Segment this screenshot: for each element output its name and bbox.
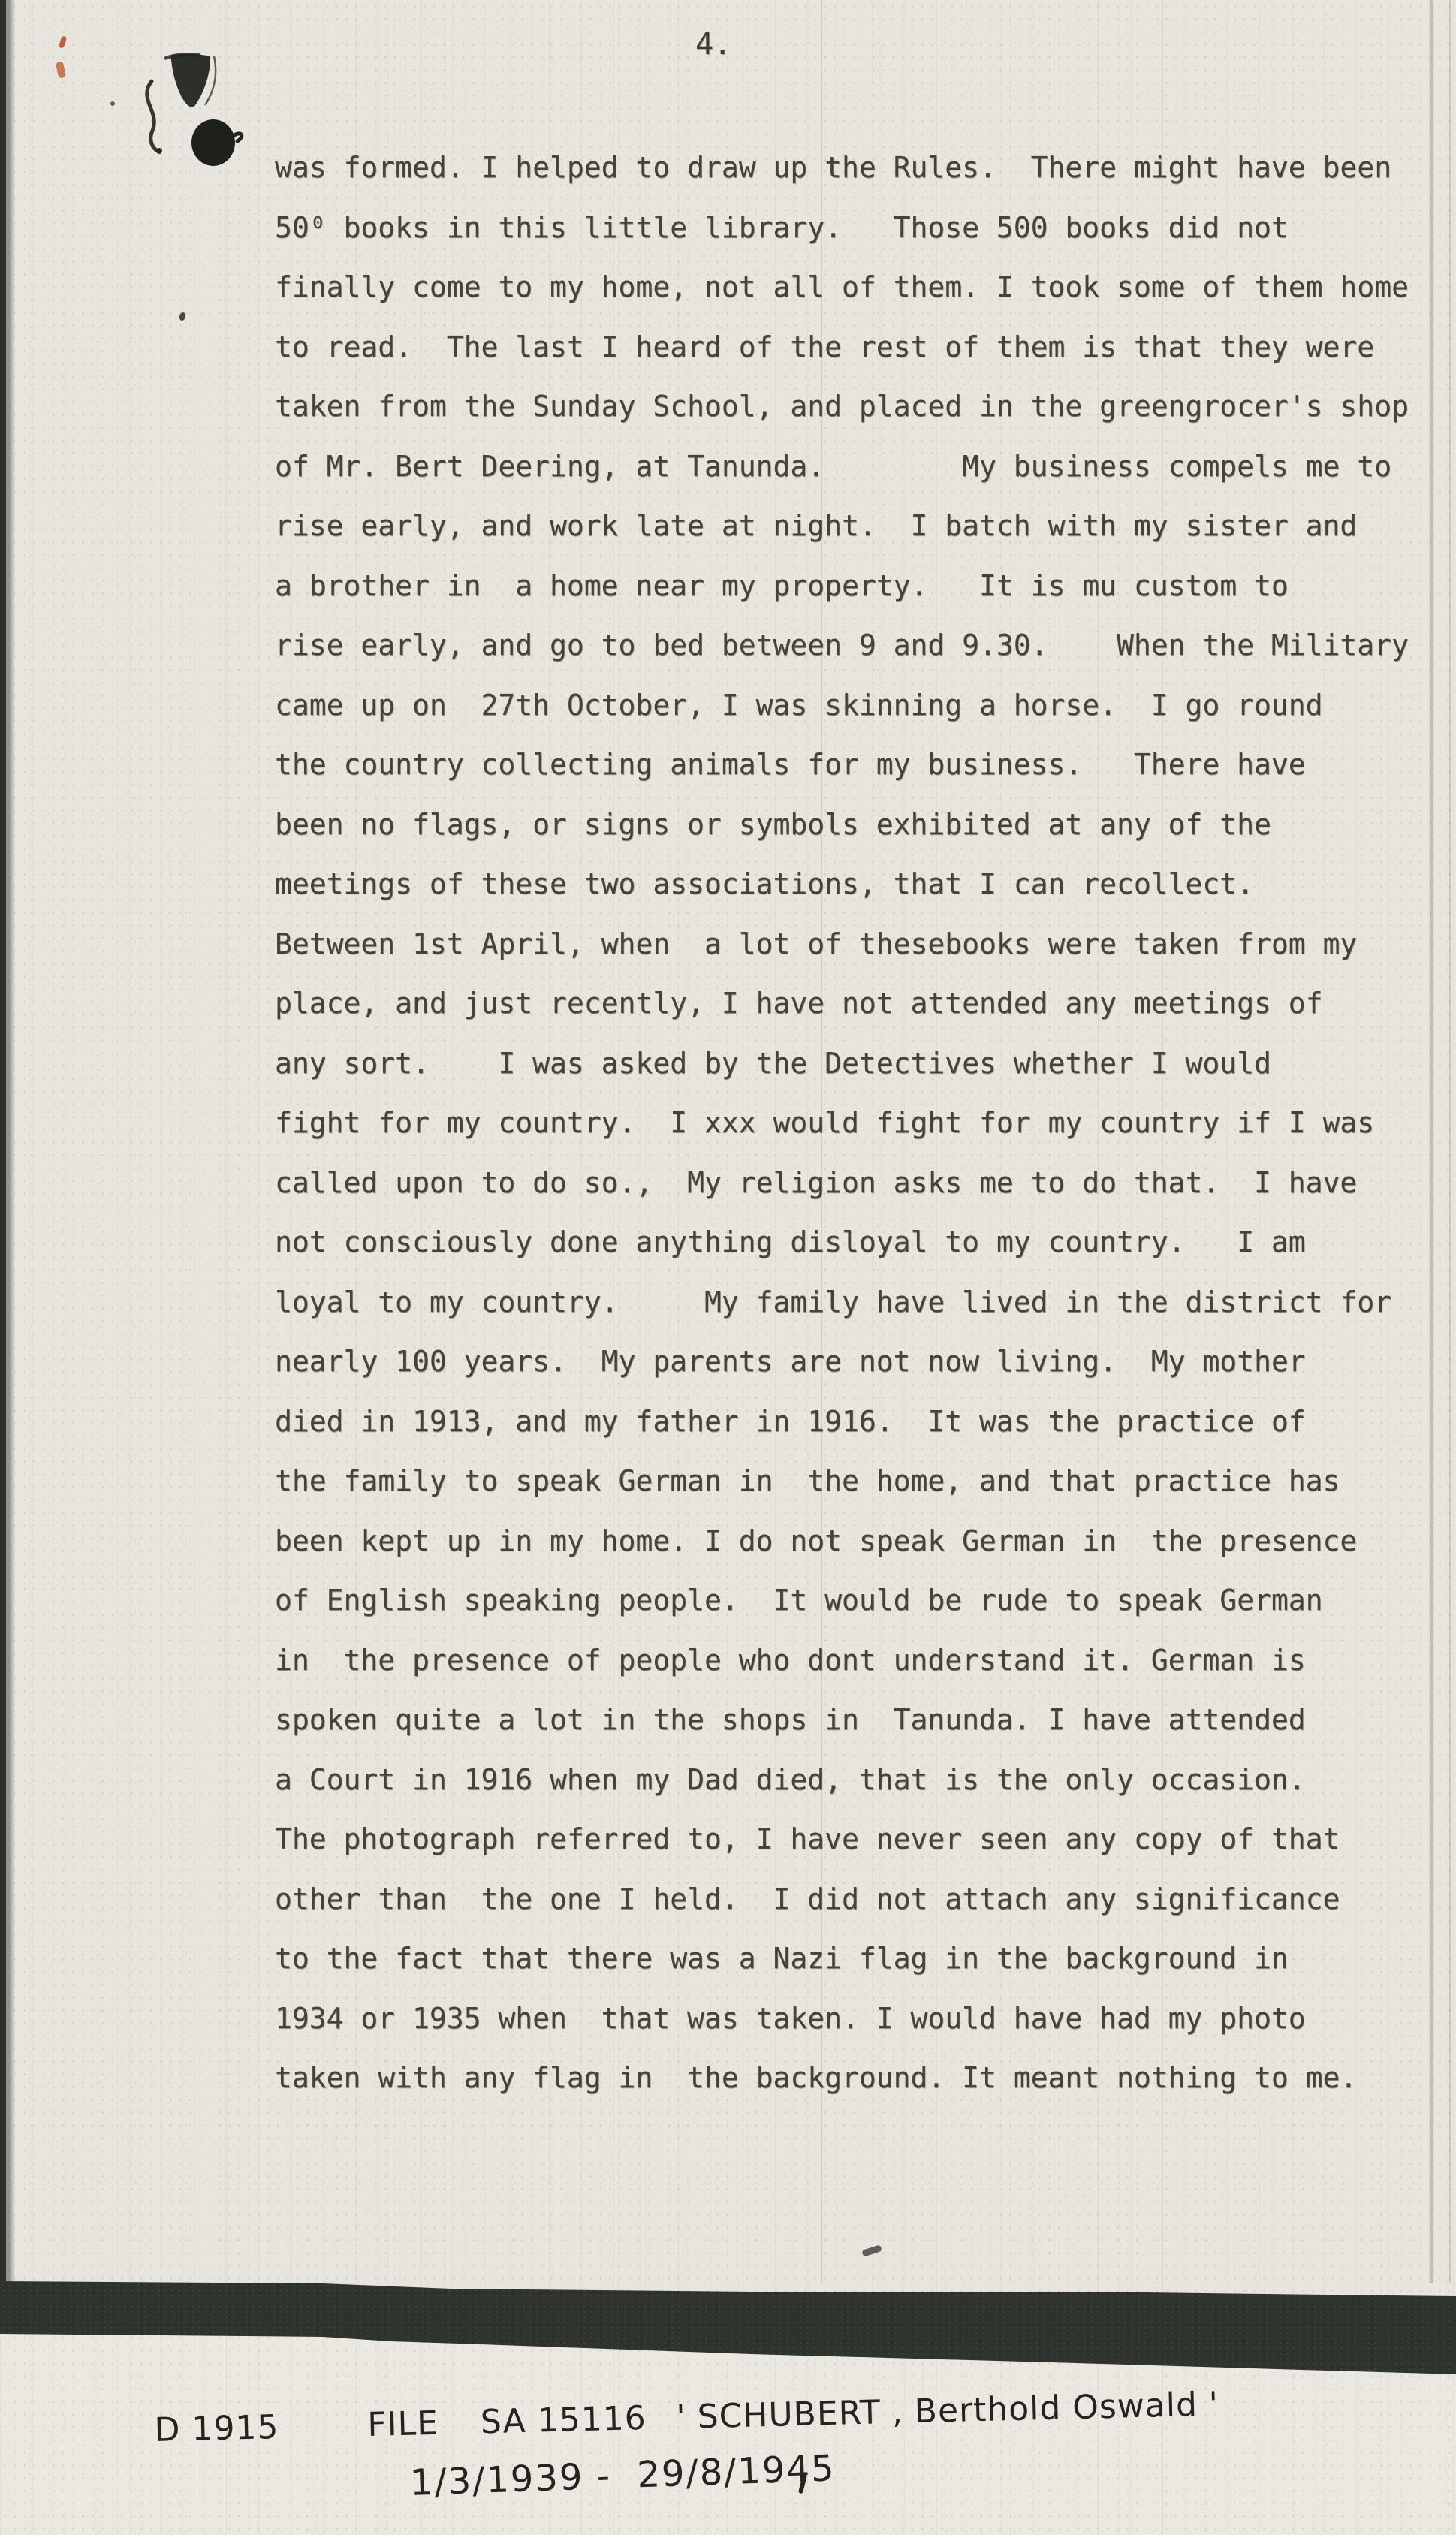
- typed-line: the family to speak German in the home, …: [275, 1451, 1446, 1512]
- typed-line: been no flags, or signs or symbols exhib…: [275, 795, 1446, 855]
- document-scan: 4. was formed. I helped to draw up the R…: [0, 0, 1456, 2535]
- typed-line: a Court in 1916 when my Dad died, that i…: [275, 1750, 1446, 1810]
- typed-line: to the fact that there was a Nazi flag i…: [275, 1929, 1446, 1989]
- ink-blot-icon: [105, 30, 270, 180]
- typed-line: a brother in a home near my property. It…: [275, 556, 1446, 616]
- typed-line: not consciously done anything disloyal t…: [275, 1213, 1446, 1273]
- typed-line: been kept up in my home. I do not speak …: [275, 1512, 1446, 1572]
- page-left-edge-shadow: [0, 0, 15, 2296]
- typed-line: 1934 or 1935 when that was taken. I woul…: [275, 1989, 1446, 2049]
- orange-ink-speck: [59, 35, 68, 48]
- typed-line: other than the one I held. I did not att…: [275, 1870, 1446, 1930]
- typed-line: Between 1st April, when a lot of thesebo…: [275, 915, 1446, 975]
- typed-line: The photograph referred to, I have never…: [275, 1810, 1446, 1870]
- typed-line: loyal to my country. My family have live…: [275, 1273, 1446, 1333]
- typed-line: rise early, and go to bed between 9 and …: [275, 616, 1446, 676]
- annotation-dates: 1/3/1939 - 29/8/1945: [409, 2447, 836, 2504]
- typed-text-block: was formed. I helped to draw up the Rule…: [275, 138, 1446, 2108]
- typed-line: rise early, and work late at night. I ba…: [275, 496, 1446, 556]
- file-ref: D 1915: [154, 2408, 279, 2449]
- typed-line: the country collecting animals for my bu…: [275, 735, 1446, 795]
- typed-line: nearly 100 years. My parents are not now…: [275, 1332, 1446, 1392]
- typed-line: meetings of these two associations, that…: [275, 855, 1446, 915]
- paper-crease: [1449, 0, 1451, 2283]
- pen-mark: [861, 2244, 882, 2257]
- typed-line: fight for my country. I xxx would fight …: [275, 1093, 1446, 1153]
- ink-dot: [179, 312, 187, 321]
- typed-line: taken with any flag in the background. I…: [275, 2048, 1446, 2108]
- typed-line: in the presence of people who dont under…: [275, 1631, 1446, 1691]
- typed-line: spoken quite a lot in the shops in Tanun…: [275, 1690, 1446, 1750]
- annotation-line-1: D 1915FILESA 15116' SCHUBERT , Berthold …: [154, 2385, 1219, 2449]
- typewritten-page: 4. was formed. I helped to draw up the R…: [0, 0, 1456, 2296]
- typed-line: place, and just recently, I have not att…: [275, 974, 1446, 1034]
- typed-line: 50⁰ books in this little library. Those …: [275, 198, 1446, 258]
- file-number: SA 15116: [480, 2399, 647, 2441]
- typed-line: died in 1913, and my father in 1916. It …: [275, 1392, 1446, 1452]
- typed-line: to read. The last I heard of the rest of…: [275, 318, 1446, 378]
- orange-ink-speck: [56, 61, 66, 79]
- typed-line: called upon to do so., My religion asks …: [275, 1153, 1446, 1213]
- typed-line: came up on 27th October, I was skinning …: [275, 676, 1446, 736]
- typed-line: finally come to my home, not all of them…: [275, 258, 1446, 318]
- typed-line: any sort. I was asked by the Detectives …: [275, 1034, 1446, 1094]
- file-name: ' SCHUBERT , Berthold Oswald ': [676, 2385, 1219, 2437]
- typed-line: of Mr. Bert Deering, at Tanunda. My busi…: [275, 437, 1446, 497]
- typed-line: taken from the Sunday School, and placed…: [275, 377, 1446, 437]
- page-number: 4.: [695, 27, 731, 62]
- typed-line: was formed. I helped to draw up the Rule…: [275, 138, 1446, 198]
- file-label: FILE: [367, 2404, 439, 2444]
- typed-line: of English speaking people. It would be …: [275, 1571, 1446, 1631]
